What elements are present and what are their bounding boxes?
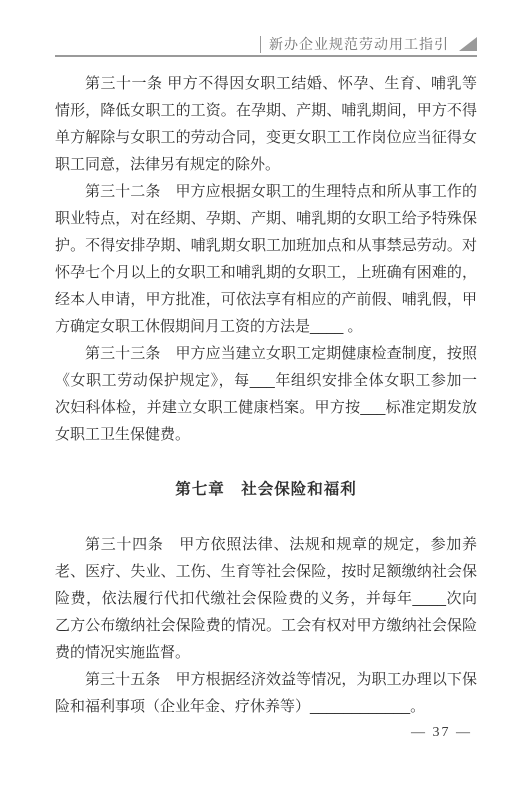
page-number: — 37 — <box>411 725 472 741</box>
header-rule <box>55 55 477 57</box>
paragraph-article-31: 第三十一条 甲方不得因女职工结婚、怀孕、生育、哺乳等情形，降低女职工的工资。在孕… <box>55 70 477 178</box>
paragraph-article-32: 第三十二条 甲方应根据女职工的生理特点和所从事工作的职业特点，对在经期、孕期、产… <box>55 178 477 340</box>
paragraph-article-34: 第三十四条 甲方依照法律、法规和规章的规定，参加养老、医疗、失业、工伤、生育等社… <box>55 531 477 666</box>
chapter-heading: 第七章 社会保险和福利 <box>55 476 477 503</box>
corner-triangle-icon <box>459 37 477 51</box>
running-header: 新办企业规范劳动用工指引 <box>55 34 477 54</box>
paragraph-article-33: 第三十三条 甲方应当建立女职工定期健康检查制度，按照《女职工劳动保护规定》，每_… <box>55 340 477 448</box>
document-page: 新办企业规范劳动用工指引 第三十一条 甲方不得因女职工结婚、怀孕、生育、哺乳等情… <box>0 0 529 794</box>
document-body: 第三十一条 甲方不得因女职工结婚、怀孕、生育、哺乳等情形，降低女职工的工资。在孕… <box>55 70 477 720</box>
paragraph-article-35: 第三十五条 甲方根据经济效益等情况，为职工办理以下保险和福利事项（企业年金、疗休… <box>55 666 477 720</box>
header-title: 新办企业规范劳动用工指引 <box>269 34 449 54</box>
header-divider <box>260 36 261 53</box>
